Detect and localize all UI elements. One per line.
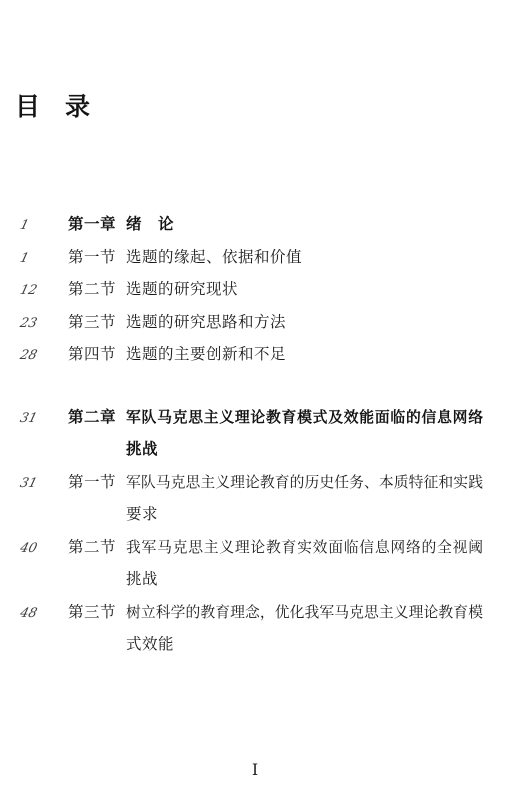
- toc-entry: 31 第二章 军队马克思主义理论教育模式及效能面临的信息网络 挑战: [0, 402, 510, 467]
- entry-title-line: 选题的研究现状: [126, 274, 483, 307]
- entry-title-line: 军队马克思主义理论教育的历史任务、本质特征和实践: [126, 467, 483, 500]
- toc-entry-continuation-line: 式效能: [0, 629, 510, 662]
- entry-page-number: 23: [0, 308, 76, 341]
- entry-title-line: 军队马克思主义理论教育模式及效能面临的信息网络: [126, 402, 483, 435]
- entry-label: 第四节: [68, 339, 126, 372]
- entry-title-line: 选题的主要创新和不足: [126, 339, 483, 372]
- entry-title-line: 选题的研究思路和方法: [126, 307, 483, 340]
- toc-entry: 1 第一节 选题的缘起、依据和价值: [0, 242, 510, 275]
- toc-entry: 23 第三节 选题的研究思路和方法: [0, 307, 510, 340]
- entry-title-continuation: 式效能: [126, 629, 483, 662]
- toc-entry-main-line: 31 第二章 军队马克思主义理论教育模式及效能面临的信息网络: [0, 402, 510, 435]
- entry-label: 第一节: [68, 467, 126, 500]
- entry-title-line: 选题的缘起、依据和价值: [126, 242, 483, 275]
- entry-page-number: 31: [0, 403, 76, 436]
- toc-entry-continuation-line: 挑战: [0, 564, 510, 597]
- entry-title-line: 树立科学的教育理念，优化我军马克思主义理论教育模: [126, 597, 483, 630]
- toc-entry-main-line: 31 第一节 军队马克思主义理论教育的历史任务、本质特征和实践: [0, 467, 510, 500]
- entry-label: 第二节: [68, 532, 126, 565]
- toc-entry-main-line: 1 第一章 绪 论: [0, 209, 510, 242]
- entry-page-number: 40: [0, 533, 76, 566]
- toc-entry: 40 第二节 我军马克思主义理论教育实效面临信息网络的全视阈 挑战: [0, 532, 510, 597]
- page-footer-number: I: [0, 760, 510, 779]
- entry-title-continuation: 挑战: [126, 564, 483, 597]
- entry-label: 第二节: [68, 274, 126, 307]
- entry-title-line: 绪 论: [126, 209, 483, 242]
- entry-label: 第三节: [68, 307, 126, 340]
- toc-entry: 31 第一节 军队马克思主义理论教育的历史任务、本质特征和实践 要求: [0, 467, 510, 532]
- toc-entry-continuation-line: 要求: [0, 499, 510, 532]
- entry-page-number: 28: [0, 340, 76, 373]
- entry-label: 第三节: [68, 597, 126, 630]
- entry-page-number: 48: [0, 598, 76, 631]
- document-page: 目 录 1 第一章 绪 论 1 第一节 选题的缘起、依据和价值 12 第二节 选…: [0, 0, 510, 800]
- toc-entry-main-line: 12 第二节 选题的研究现状: [0, 274, 510, 307]
- entry-title-continuation: 挑战: [126, 434, 483, 467]
- toc-entry-main-line: 23 第三节 选题的研究思路和方法: [0, 307, 510, 340]
- entry-label: 第二章: [68, 402, 126, 435]
- entry-label: 第一节: [68, 242, 126, 275]
- toc-entry-continuation-line: 挑战: [0, 434, 510, 467]
- entry-page-number: 31: [0, 468, 76, 501]
- entry-label: 第一章: [68, 209, 126, 242]
- toc-entry-main-line: 40 第二节 我军马克思主义理论教育实效面临信息网络的全视阈: [0, 532, 510, 565]
- toc-entry-main-line: 48 第三节 树立科学的教育理念，优化我军马克思主义理论教育模: [0, 597, 510, 630]
- toc-entry: 28 第四节 选题的主要创新和不足: [0, 339, 510, 372]
- entry-page-number: 1: [0, 243, 76, 276]
- entry-title-line: 我军马克思主义理论教育实效面临信息网络的全视阈: [126, 532, 483, 565]
- entry-title-continuation: 要求: [126, 499, 483, 532]
- toc-list: 1 第一章 绪 论 1 第一节 选题的缘起、依据和价值 12 第二节 选题的研究…: [0, 209, 510, 662]
- toc-entry-main-line: 1 第一节 选题的缘起、依据和价值: [0, 242, 510, 275]
- toc-entry: 1 第一章 绪 论: [0, 209, 510, 242]
- entry-page-number: 12: [0, 275, 76, 308]
- toc-entry: 48 第三节 树立科学的教育理念，优化我军马克思主义理论教育模 式效能: [0, 597, 510, 662]
- toc-entry-main-line: 28 第四节 选题的主要创新和不足: [0, 339, 510, 372]
- entry-page-number: 1: [0, 210, 76, 243]
- toc-entry: 12 第二节 选题的研究现状: [0, 274, 510, 307]
- doc-title: 目 录: [15, 92, 90, 124]
